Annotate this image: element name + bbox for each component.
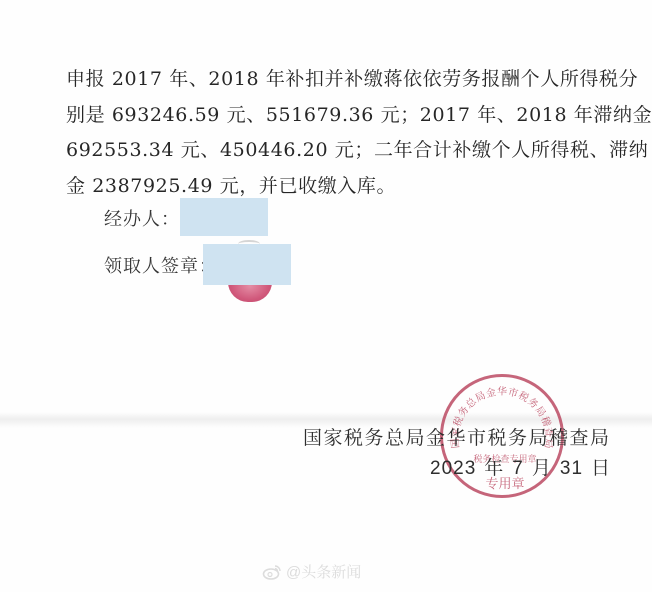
weibo-icon (262, 564, 282, 580)
issuing-authority: 国家税务总局金华市税务局稽查局 (303, 423, 611, 450)
document-body: 申报 2017 年、2018 年补扣并补缴蒋依依劳务报酬个人所得税分 别是 69… (66, 62, 581, 204)
date-day-unit: 日 (591, 457, 611, 479)
body-line-3: 692553.34 元、450446.20 元；二年合计补缴个人所得税、滞纳 (66, 133, 581, 169)
source-watermark: @头条新闻 (262, 561, 361, 582)
handler-redaction (180, 198, 268, 236)
date-year-unit: 年 (484, 457, 504, 479)
document-page: 申报 2017 年、2018 年补扣并补缴蒋依依劳务报酬个人所得税分 别是 69… (0, 0, 652, 592)
handler-label: 经办人： (104, 205, 180, 231)
watermark-text: @头条新闻 (286, 561, 361, 582)
date-month-unit: 月 (532, 457, 552, 479)
date-year: 2023 (430, 458, 476, 479)
recipient-redaction (203, 244, 291, 285)
body-line-4: 金 2387925.49 元，并已收缴入库。 (66, 169, 581, 205)
body-line-2: 别是 693246.59 元、551679.36 元；2017 年、2018 年… (66, 98, 581, 134)
signature-seal-fragment (228, 282, 272, 302)
issue-date: 2023年7月31日 (430, 453, 619, 480)
body-line-1: 申报 2017 年、2018 年补扣并补缴蒋依依劳务报酬个人所得税分 (66, 62, 581, 98)
recipient-signature-label: 领取人签章： (104, 252, 218, 278)
date-day: 31 (560, 458, 583, 479)
date-month: 7 (512, 458, 524, 479)
